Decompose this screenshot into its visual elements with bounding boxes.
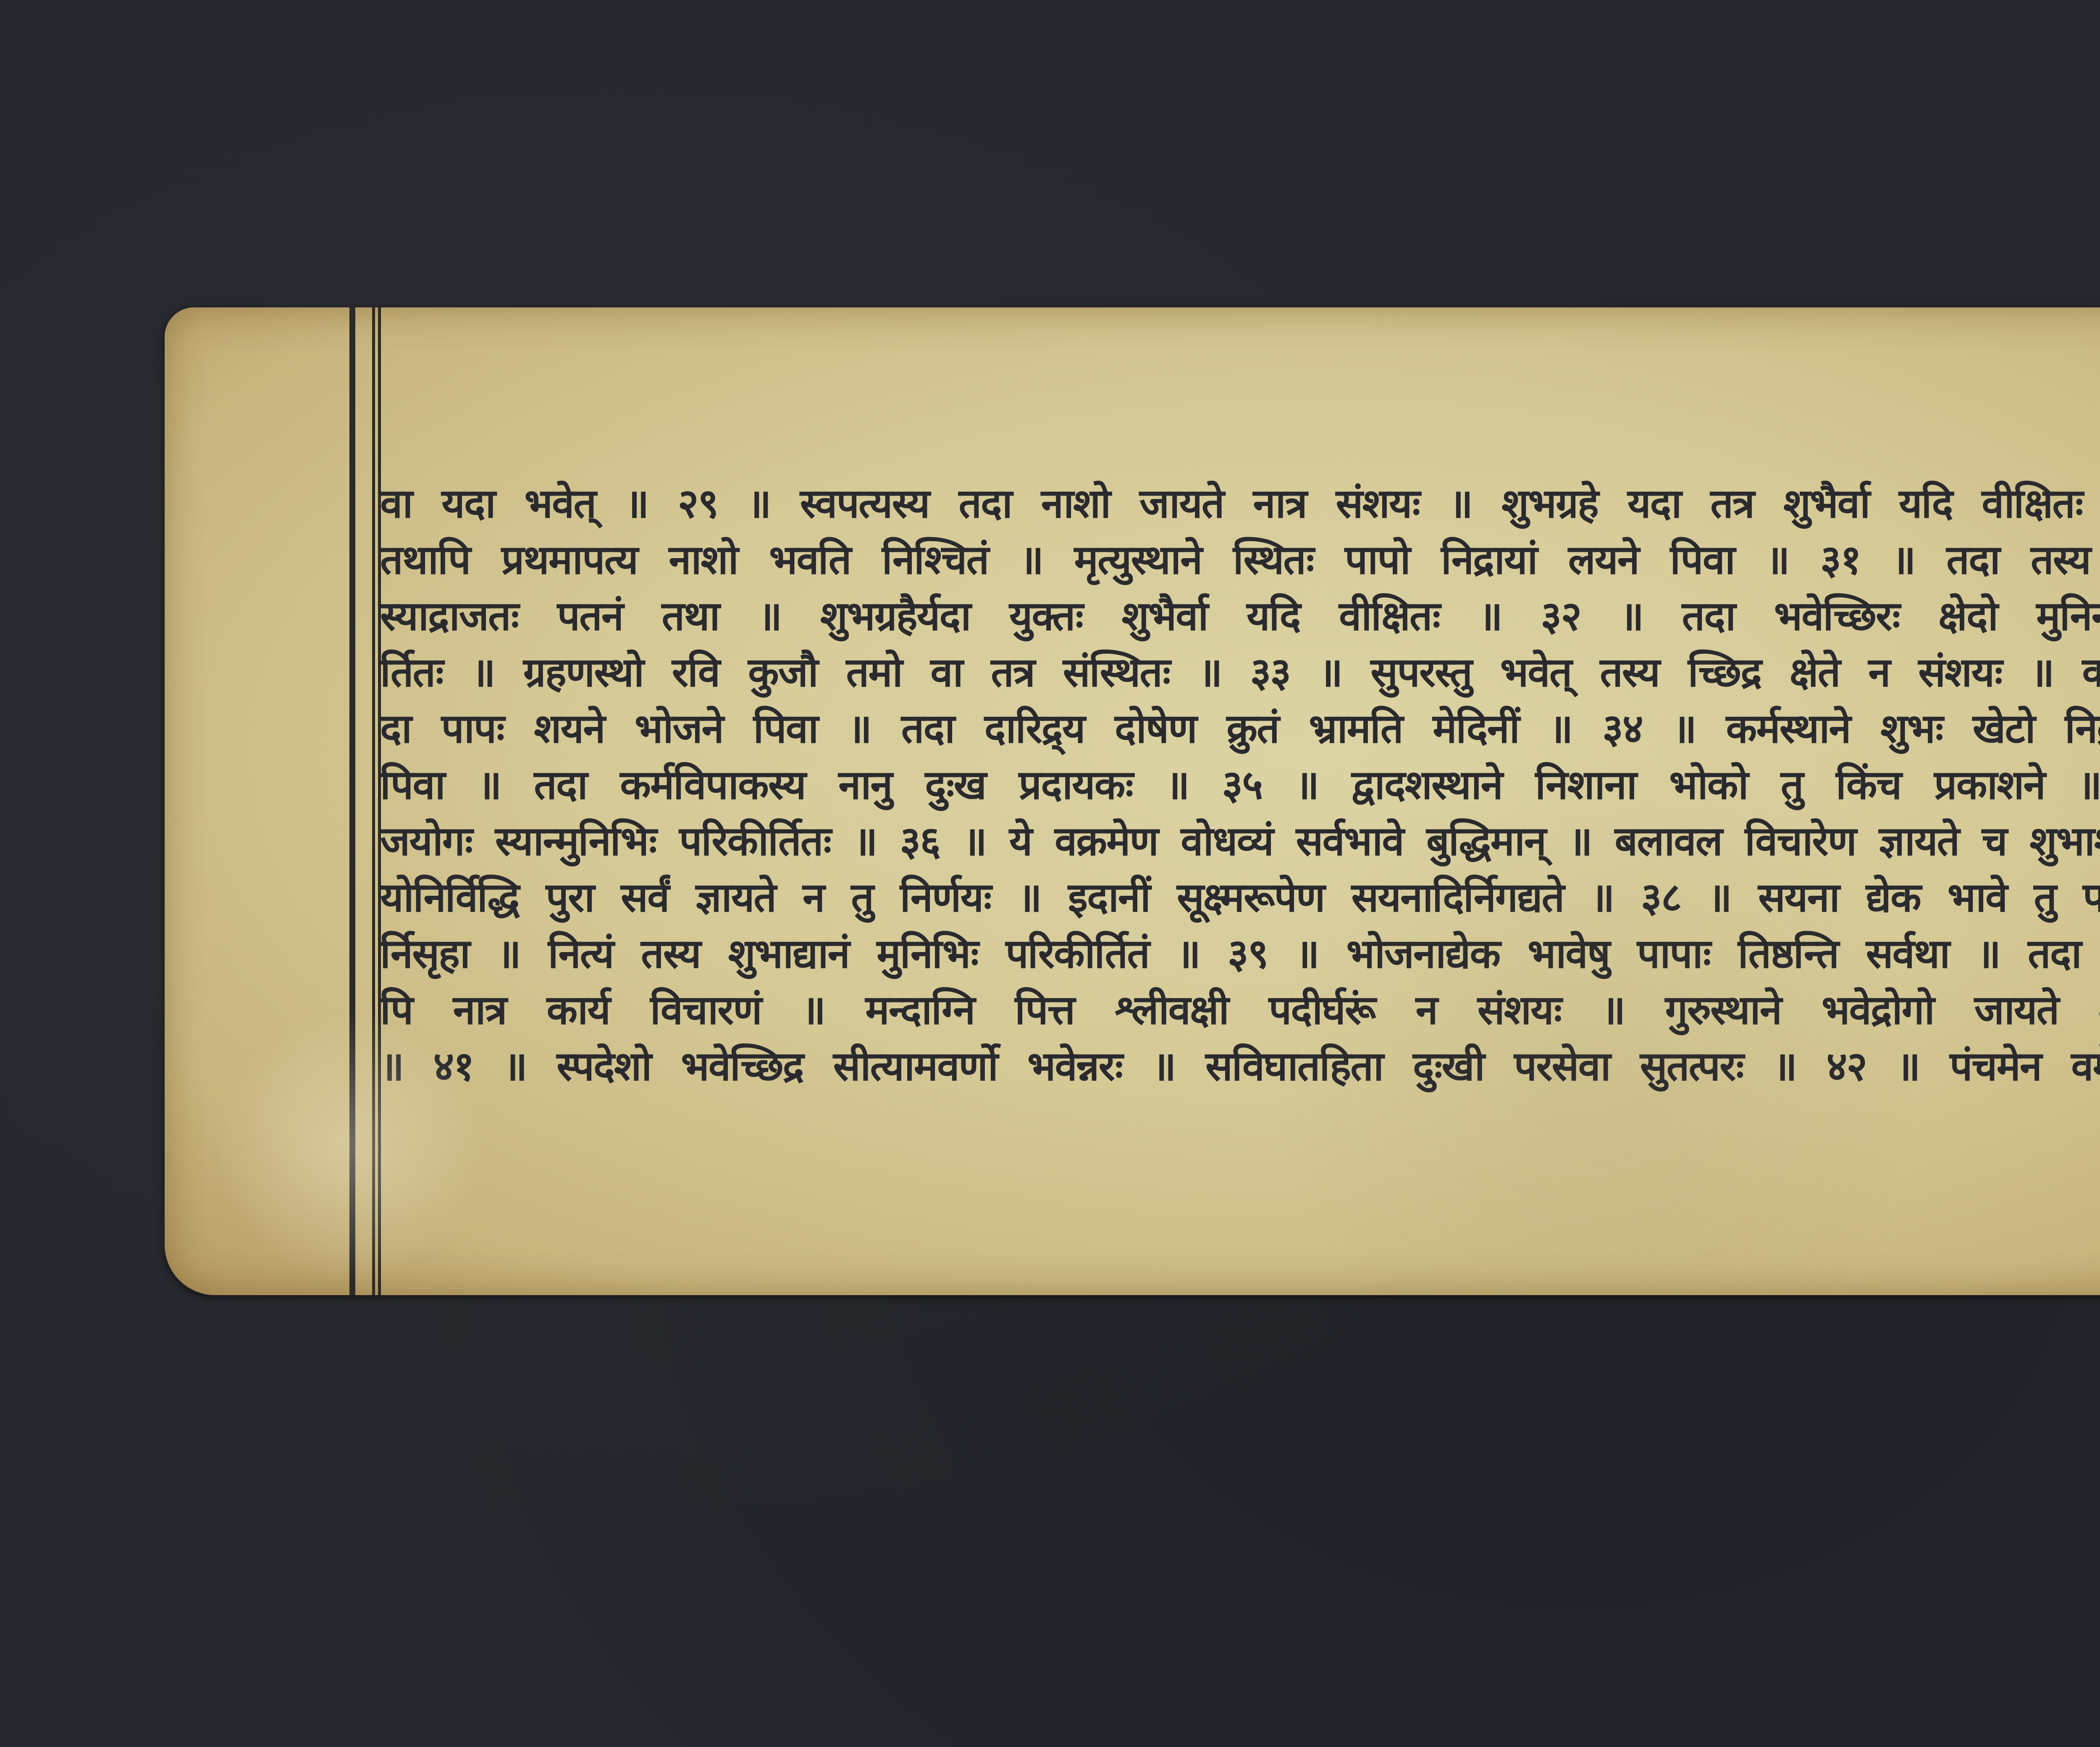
text-line-3: स्याद्राजतः पतनं तथा ॥ शुभग्रहैर्यदा युक…	[380, 588, 2100, 644]
manuscript-text-block: वा यदा भवेत् ॥ २९ ॥ स्वपत्यस्य तदा नाशो …	[380, 475, 2100, 1094]
text-line-8: योनिर्विद्धि पुरा सर्वं ज्ञायते न तु निर…	[380, 869, 2100, 926]
text-line-2: तथापि प्रथमापत्य नाशो भवति निश्चितं ॥ मृ…	[380, 532, 2100, 588]
text-line-11: ॥ ४१ ॥ स्पदेशो भवेच्छिद्र सीत्यामवर्णो भ…	[380, 1038, 2100, 1094]
text-line-10: पि नात्र कार्य विचारणं ॥ मन्दाग्नि पित्त…	[380, 982, 2100, 1038]
manuscript-folio: वा यदा भवेत् ॥ २९ ॥ स्वपत्यस्य तदा नाशो …	[165, 307, 2100, 1295]
left-margin-rule	[349, 307, 355, 1295]
left-margin-rule-inner-a	[372, 307, 375, 1295]
text-line-7: जयोगः स्यान्मुनिभिः परिकीर्तितः ॥ ३६ ॥ य…	[380, 813, 2100, 869]
text-line-6: पिवा ॥ तदा कर्मविपाकस्य नानु दुःख प्रदाय…	[380, 757, 2100, 813]
text-line-5: दा पापः शयने भोजने पिवा ॥ तदा दारिद्र्य …	[380, 700, 2100, 757]
text-line-1: वा यदा भवेत् ॥ २९ ॥ स्वपत्यस्य तदा नाशो …	[380, 475, 2100, 532]
text-line-4: र्तितः ॥ ग्रहणस्थो रवि कुजौ तमो वा तत्र …	[380, 644, 2100, 700]
text-line-9: र्निसृहा ॥ नित्यं तस्य शुभाद्यानं मुनिभि…	[380, 926, 2100, 982]
